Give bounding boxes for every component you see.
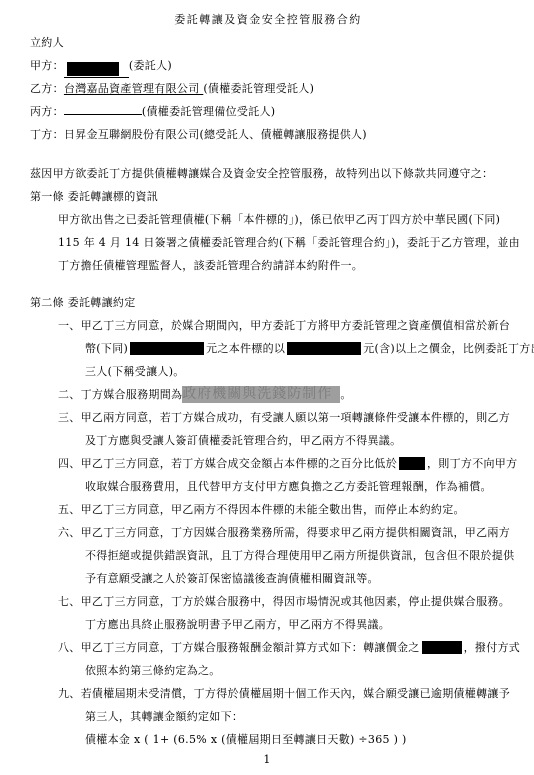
redaction-box (67, 62, 119, 76)
underlined-redaction (64, 54, 129, 78)
article-2-item-2: 二、丁方媒合服務期間為政府機關與洗錢防制作。 (30, 383, 506, 406)
text-run: 。 (340, 388, 351, 401)
text-run: 五、甲乙丁三方同意，甲乙兩方不得因本件標的未能全數出售，而停止本約約定。 (58, 503, 465, 516)
article-2-item-8-line-2: 依照本約第三條約定為之。 (30, 659, 506, 682)
text-run: 二、丁方媒合服務期間為 (58, 388, 182, 401)
article-2-item-9-formula: 債權本金 x ( 1+ (6.5% x (債權屆期日至轉讓日天數) ÷365 )… (30, 728, 506, 751)
article-1-body-line-3: 丁方擔任債權管理監督人，該委託管理合約請詳本約附件一。 (30, 254, 506, 277)
article-2-item-7-line-1: 七、甲乙丁三方同意，丁方於媒合服務中，得因市場情況或其他因素，停止提供媒合服務。 (30, 590, 506, 613)
document-body: 立約人甲方：(委託人)乙方：台灣嘉品資產管理有限公司 (債權委託管理受託人)丙方… (30, 31, 506, 751)
text-run: 八、甲乙丁三方同意，丁方媒合服務報酬金額計算方式如下：轉讓價金之 (58, 641, 420, 654)
article-2-item-6-line-2: 不得拒絕或提供錯誤資訊，且丁方得合理使用甲乙兩方所提供資訊，包含但不限於提供 (30, 544, 506, 567)
gray-redaction-box: 政府機關與洗錢防制作 (182, 386, 340, 403)
party-line-ding: 丁方：日昇金互聯網股份有限公司(總受託人、債權轉讓服務提供人) (30, 123, 506, 146)
text-run: 丁方應出具終止服務說明書予甲乙兩方，甲乙兩方不得異議。 (85, 618, 390, 631)
article-2-item-4-line-1: 四、甲乙丁三方同意，若丁方媒合成交金額占本件標的之百分比低於，則丁方不向甲方 (30, 452, 506, 475)
text-run: (債權委託管理備位受託人) (142, 105, 275, 118)
article-1-body-line-1: 甲方欲出售之已委託管理債權(下稱「本件標的」)，係已依甲乙丙丁四方於中華民國(下… (30, 208, 506, 231)
article-2-item-1-line-2: 幣(下同)元之本件標的以元(含)以上之價金，比例委託丁方出售予第 (30, 337, 506, 360)
text-run: 茲因甲方欲委託丁方提供債權轉讓媒合及資金安全控管服務，故特列出以下條款共同遵守之… (30, 167, 493, 180)
text-run: 不得拒絕或提供錯誤資訊，且丁方得合理使用甲乙兩方所提供資訊，包含但不限於提供 (85, 549, 514, 562)
text-run: 幣(下同) (85, 342, 128, 355)
blank-underline (64, 100, 142, 115)
text-run: 丁方擔任債權管理監督人，該委託管理合約請詳本約附件一。 (58, 259, 363, 272)
page-number: 1 (0, 753, 534, 767)
text-run: 及丁方應與受讓人簽訂債權委託管理合約，甲乙兩方不得異議。 (85, 434, 401, 447)
article-2-item-6-line-3: 予有意願受讓之人於簽訂保密協議後查詢債權相關資訊等。 (30, 567, 506, 590)
party-line-jia: 甲方：(委託人) (30, 54, 506, 77)
text-run: 第二條 委託轉讓約定 (30, 296, 136, 309)
text-run: 丙方： (30, 105, 64, 118)
text-run: 115 年 4 月 14 日簽署之債權委託管理合約(下稱「委託管理合約」)，委託… (58, 236, 520, 249)
party-line-bing: 丙方：(債權委託管理備位受託人) (30, 100, 506, 123)
text-run: 依照本約第三條約定為之。 (85, 664, 221, 677)
text-run: (債權委託管理受託人) (203, 82, 314, 95)
text-run: 債權本金 x ( 1+ (6.5% x (債權屆期日至轉讓日天數) ÷365 )… (85, 733, 407, 746)
article-2-item-1-line-3: 三人(下稱受讓人)。 (30, 360, 506, 383)
redaction-box (399, 457, 425, 470)
text-run: 九、若債權屆期未受清償，丁方得於債權屆期十個工作天內，媒合願受讓已逾期債權轉讓予 (58, 687, 510, 700)
article-2-item-5: 五、甲乙丁三方同意，甲乙兩方不得因本件標的未能全數出售，而停止本約約定。 (30, 498, 506, 521)
article-2-item-6-line-1: 六、甲乙丁三方同意，丁方因媒合服務業務所需，得要求甲乙兩方提供相關資訊，甲乙兩方 (30, 521, 506, 544)
text-run: 予有意願受讓之人於簽訂保密協議後查詢債權相關資訊等。 (85, 572, 379, 585)
article-2-item-7-line-2: 丁方應出具終止服務說明書予甲乙兩方，甲乙兩方不得異議。 (30, 613, 506, 636)
text-run: 四、甲乙丁三方同意，若丁方媒合成交金額占本件標的之百分比低於 (58, 457, 397, 470)
document-page: 委託轉讓及資金安全控管服務合約 立約人甲方：(委託人)乙方：台灣嘉品資產管理有限… (0, 0, 534, 775)
text-run: 甲方： (30, 59, 64, 72)
text-run: (委託人) (129, 59, 172, 72)
text-run: ，撥付方式 (464, 641, 521, 654)
text-run: 六、甲乙丁三方同意，丁方因媒合服務業務所需，得要求甲乙兩方提供相關資訊，甲乙兩方 (58, 526, 510, 539)
text-run: ，則丁方不向甲方 (427, 457, 517, 470)
article-2-heading: 第二條 委託轉讓約定 (30, 291, 506, 314)
text-run: 元(含)以上之價金，比例委託丁方出售予第 (363, 342, 534, 355)
text-run: 一、甲乙丁三方同意，於媒合期間內，甲方委託丁方將甲方委託管理之資產價值相當於新台 (58, 319, 510, 332)
article-2-item-9-line-1: 九、若債權屆期未受清償，丁方得於債權屆期十個工作天內，媒合願受讓已逾期債權轉讓予 (30, 682, 506, 705)
text-run: 丁方：日昇金互聯網股份有限公司(總受託人、債權轉讓服務提供人) (30, 128, 367, 141)
parties-heading: 立約人 (30, 31, 506, 54)
party-line-yi: 乙方：台灣嘉品資產管理有限公司 (債權委託管理受託人) (30, 77, 506, 100)
redaction-box (130, 342, 204, 355)
underlined-text: 台灣嘉品資產管理有限公司 (64, 82, 203, 95)
text-run: 甲方欲出售之已委託管理債權(下稱「本件標的」)，係已依甲乙丙丁四方於中華民國(下… (58, 213, 500, 226)
text-run: 第三人，其轉讓金額約定如下： (85, 710, 243, 723)
document-title: 委託轉讓及資金安全控管服務合約 (30, 8, 506, 31)
redaction-box (287, 342, 361, 355)
article-2-item-9-line-2: 第三人，其轉讓金額約定如下： (30, 705, 506, 728)
article-2-item-3-line-1: 三、甲乙兩方同意，若丁方媒合成功，有受讓人願以第一項轉讓條件受讓本件標的，則乙方 (30, 406, 506, 429)
article-1-heading: 第一條 委託轉讓標的資訊 (30, 185, 506, 208)
text-run: 三人(下稱受讓人)。 (85, 365, 185, 378)
article-2-item-1-line-1: 一、甲乙丁三方同意，於媒合期間內，甲方委託丁方將甲方委託管理之資產價值相當於新台 (30, 314, 506, 337)
text-run: 七、甲乙丁三方同意，丁方於媒合服務中，得因市場情況或其他因素，停止提供媒合服務。 (58, 595, 510, 608)
text-run: 乙方： (30, 82, 64, 95)
preamble: 茲因甲方欲委託丁方提供債權轉讓媒合及資金安全控管服務，故特列出以下條款共同遵守之… (30, 162, 506, 185)
text-run: 元之本件標的以 (206, 342, 285, 355)
text-run: 三、甲乙兩方同意，若丁方媒合成功，有受讓人願以第一項轉讓條件受讓本件標的，則乙方 (58, 411, 510, 424)
redaction-box (422, 641, 462, 654)
text-run: 第一條 委託轉讓標的資訊 (30, 190, 158, 203)
article-2-item-4-line-2: 收取媒合服務費用，且代替甲方支付甲方應負擔之乙方委託管理報酬，作為補償。 (30, 475, 506, 498)
article-1-body-line-2: 115 年 4 月 14 日簽署之債權委託管理合約(下稱「委託管理合約」)，委託… (30, 231, 506, 254)
text-run: 立約人 (30, 36, 64, 49)
article-2-item-3-line-2: 及丁方應與受讓人簽訂債權委託管理合約，甲乙兩方不得異議。 (30, 429, 506, 452)
article-2-item-8-line-1: 八、甲乙丁三方同意，丁方媒合服務報酬金額計算方式如下：轉讓價金之，撥付方式 (30, 636, 506, 659)
text-run: 收取媒合服務費用，且代替甲方支付甲方應負擔之乙方委託管理報酬，作為補償。 (85, 480, 492, 493)
